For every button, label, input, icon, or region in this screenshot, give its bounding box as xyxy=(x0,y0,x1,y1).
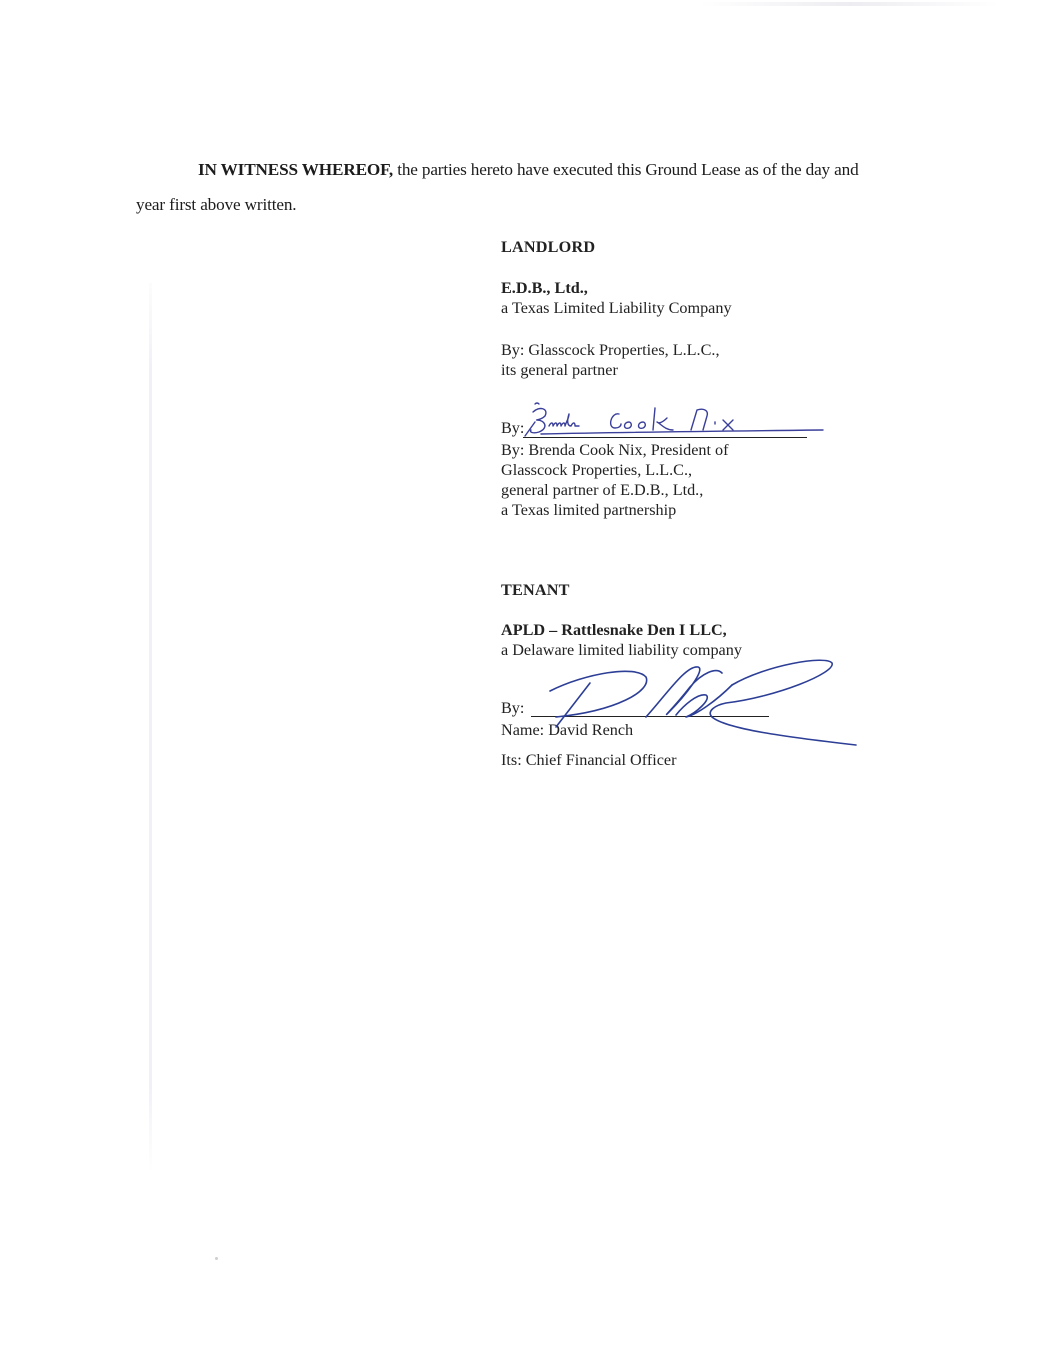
landlord-by-block: By: Glasscock Properties, L.L.C., its ge… xyxy=(501,340,720,380)
landlord-entity-name: E.D.B., Ltd., xyxy=(501,278,732,298)
tenant-signature-by-label: By: xyxy=(501,699,524,718)
landlord-entity-block: E.D.B., Ltd., a Texas Limited Liability … xyxy=(501,278,732,318)
scan-margin-line xyxy=(149,283,152,1173)
landlord-signature-line: By: xyxy=(501,408,811,440)
tenant-title-block: Its: Chief Financial Officer xyxy=(501,750,676,770)
witness-lead: IN WITNESS WHEREOF, xyxy=(198,160,393,179)
witness-text-line2: year first above written. xyxy=(136,195,296,214)
landlord-signer-block: By: Brenda Cook Nix, President of Glassc… xyxy=(501,440,729,520)
landlord-signer-line4: a Texas limited partnership xyxy=(501,500,729,520)
tenant-signature-icon xyxy=(526,645,856,755)
landlord-entity-description: a Texas Limited Liability Company xyxy=(501,298,732,318)
landlord-signature-by-label: By: xyxy=(501,419,524,438)
landlord-signer-line3: general partner of E.D.B., Ltd., xyxy=(501,480,729,500)
scan-artifact-top xyxy=(700,2,1000,6)
witness-text-line1: the parties hereto have executed this Gr… xyxy=(393,160,858,179)
tenant-signature-line: By: Name: David Rench xyxy=(501,700,811,740)
scan-speck xyxy=(215,1257,218,1260)
witness-paragraph: IN WITNESS WHEREOF, the parties hereto h… xyxy=(136,152,916,222)
landlord-signer-line1: By: Brenda Cook Nix, President of xyxy=(501,440,729,460)
landlord-by-line2: its general partner xyxy=(501,360,720,380)
landlord-signer-line2: Glasscock Properties, L.L.C., xyxy=(501,460,729,480)
tenant-heading: TENANT xyxy=(501,581,570,600)
landlord-by-line1: By: Glasscock Properties, L.L.C., xyxy=(501,340,720,360)
landlord-heading: LANDLORD xyxy=(501,238,595,257)
landlord-signature-icon xyxy=(523,400,823,440)
tenant-entity-name: APLD – Rattlesnake Den I LLC, xyxy=(501,620,742,640)
tenant-title-line: Its: Chief Financial Officer xyxy=(501,750,676,770)
